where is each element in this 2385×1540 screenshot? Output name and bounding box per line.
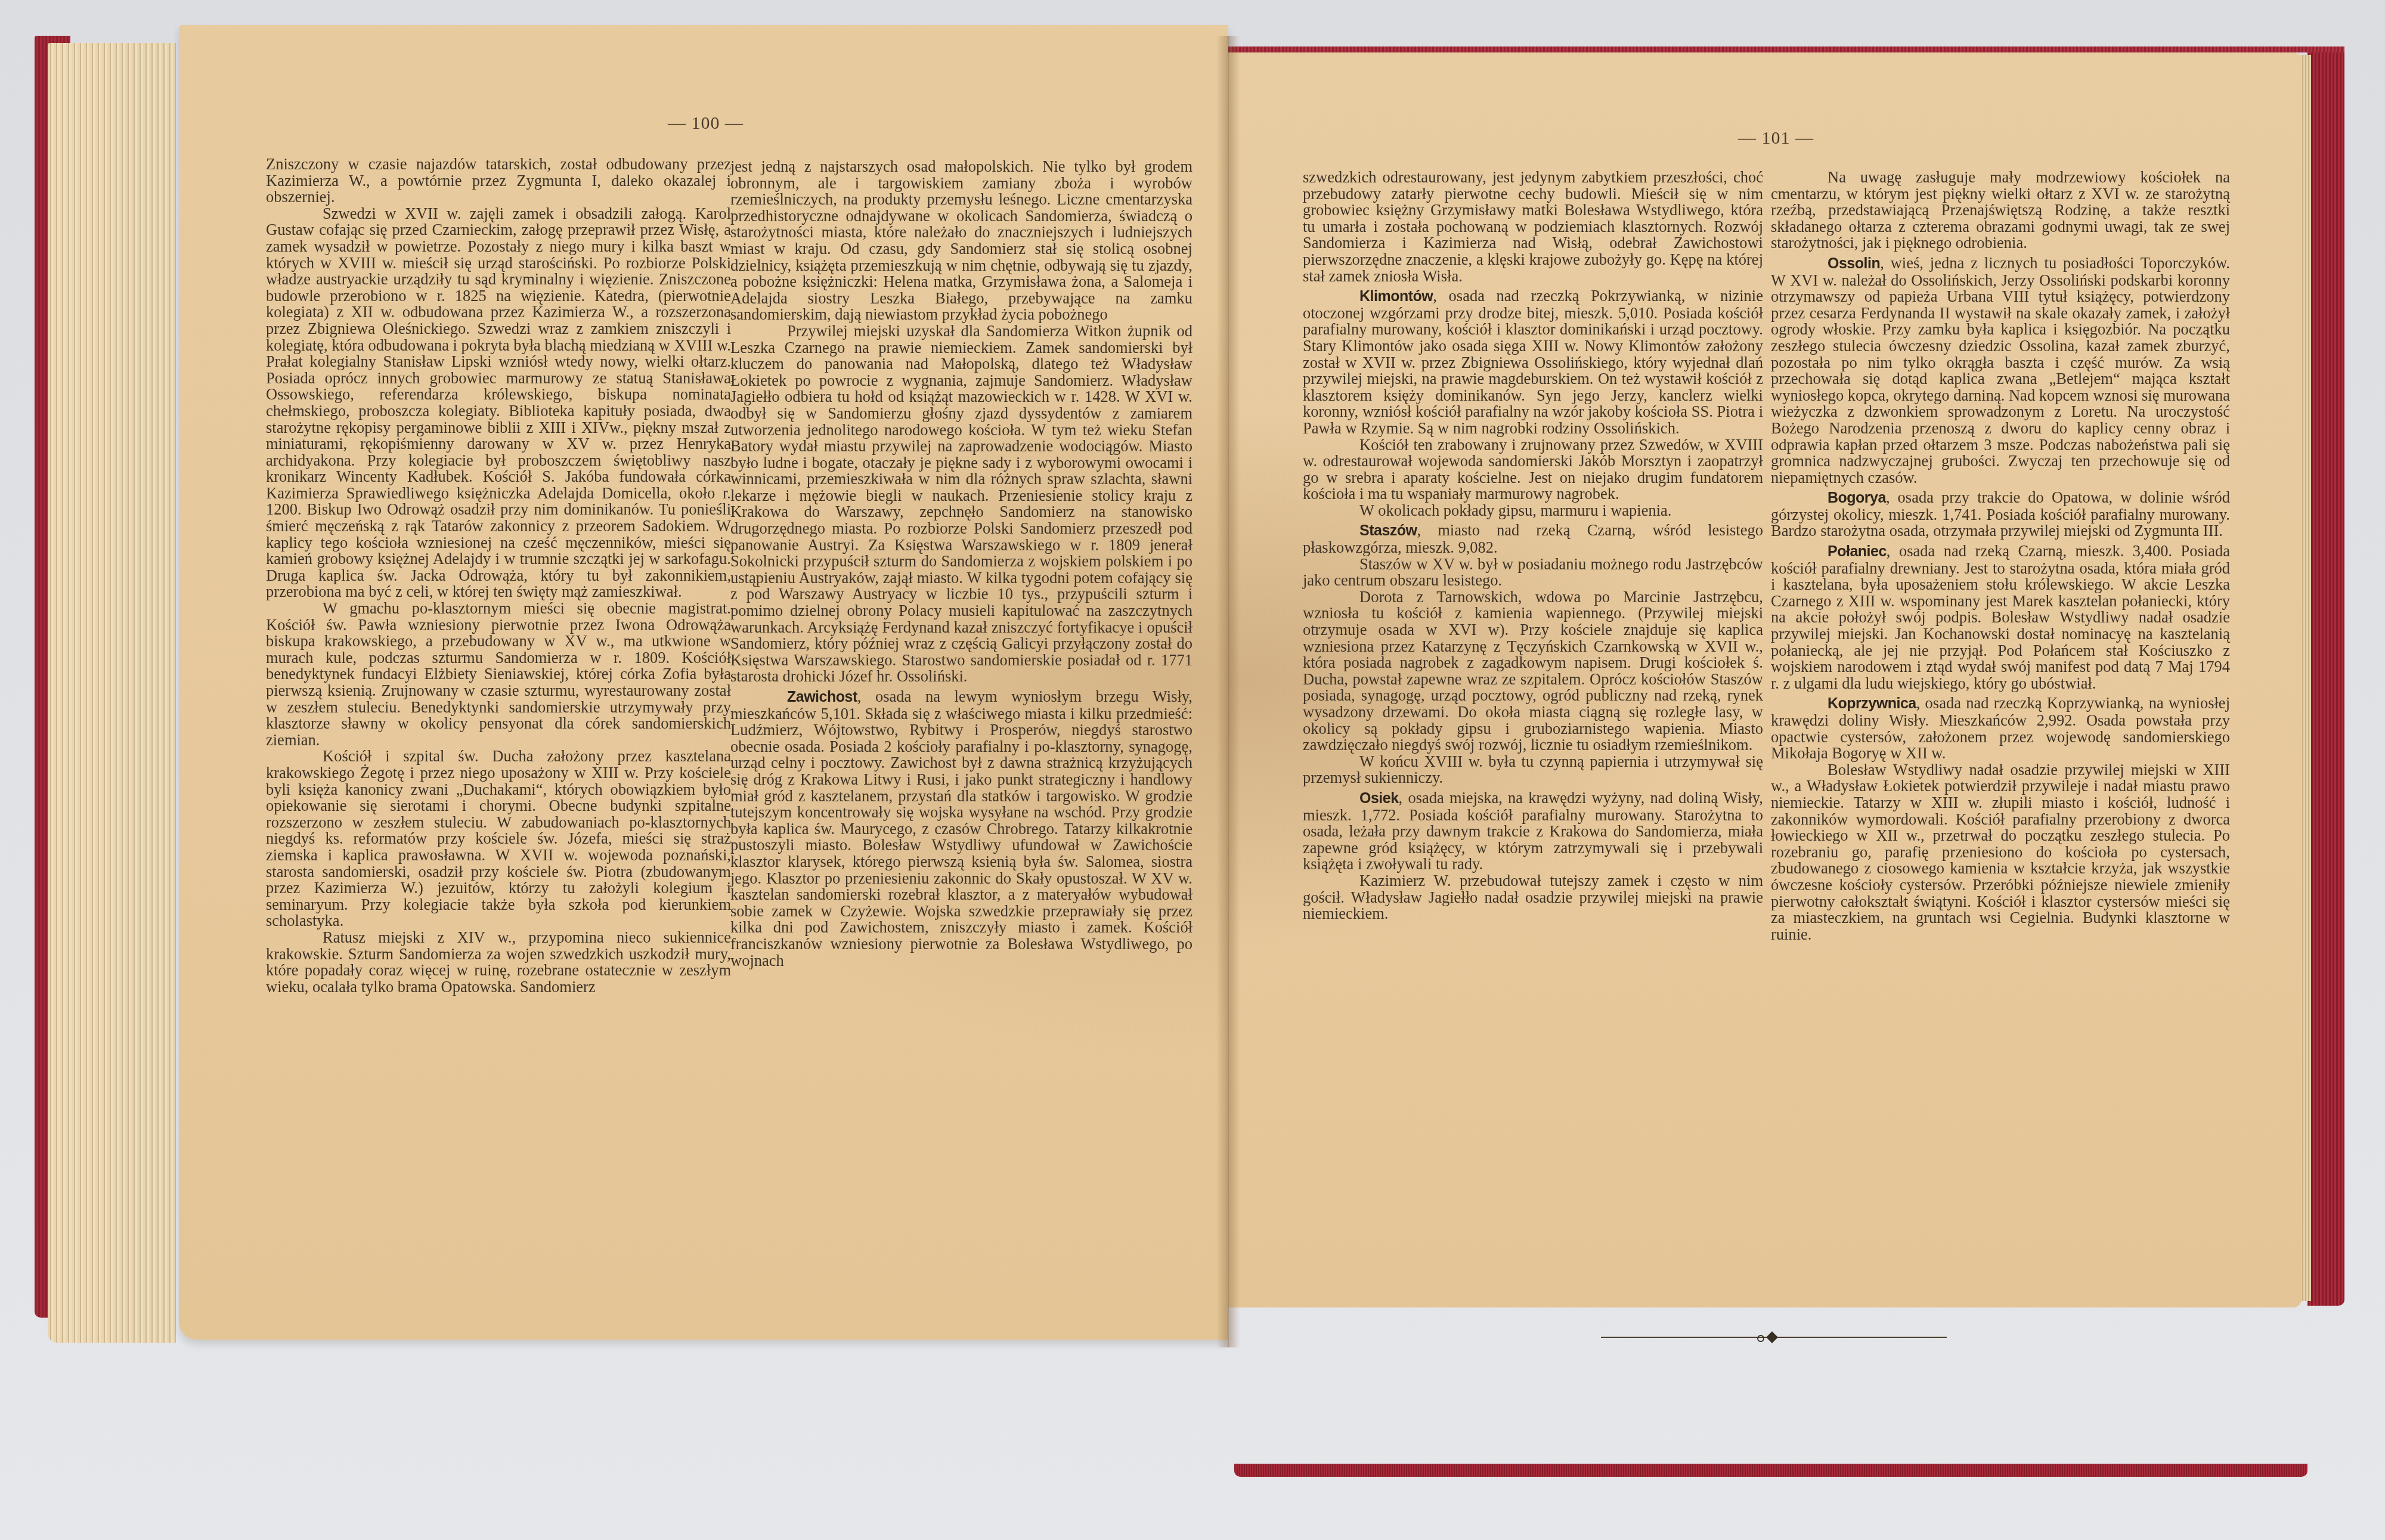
paragraph: Kościół ten zrabowany i zrujnowany przez… — [1303, 437, 1763, 503]
paragraph-text: Ratusz miejski z XIV w., przypomina niec… — [266, 928, 731, 996]
paragraph: Szwedzi w XVII w. zajęli zamek i obsadzi… — [266, 206, 731, 600]
paragraph-text: szwedzkich odrestaurowany, jest jedynym … — [1303, 168, 1763, 285]
gazetteer-entry: Bogorya, osada przy trakcie do Opatowa, … — [1771, 489, 2230, 540]
paragraph-text: Zniszczony w czasie najazdów tatarskich,… — [266, 155, 731, 206]
paragraph: Bolesław Wstydliwy nadał osadzie przywil… — [1771, 762, 2230, 943]
open-book: — 100 — — 101 — Zniszczony w czasie naja… — [0, 0, 2385, 1540]
page-number-right: — 101 — — [1738, 128, 1814, 148]
paragraph: Kazimierz W. przebudował tutejszy zamek … — [1303, 873, 1763, 922]
paragraph: W końcu XVIII w. była tu czynną papierni… — [1303, 754, 1763, 786]
paragraph: Kościół i szpital św. Ducha założony prz… — [266, 748, 731, 929]
text-column: szwedzkich odrestaurowany, jest jedynym … — [1303, 169, 1763, 922]
gazetteer-entry: Ossolin, wieś, jedna z licznych tu posia… — [1771, 255, 2230, 486]
entry-headword: Koprzywnica — [1828, 695, 1916, 712]
paragraph: Dorota z Tarnowskich, wdowa po Marcinie … — [1303, 589, 1763, 754]
book-cover-edge-right — [2307, 48, 2344, 1306]
entry-headword: Połaniec — [1828, 543, 1887, 560]
paragraph-text: Bolesław Wstydliwy nadał osadzie przywil… — [1771, 761, 2230, 943]
page-stack-left — [48, 43, 176, 1343]
gazetteer-entry: Staszów, miasto nad rzeką Czarną, wśród … — [1303, 522, 1763, 556]
paragraph: Ratusz miejski z XIV w., przypomina niec… — [266, 929, 731, 995]
paragraph: jest jedną z najstarszych osad małopolsk… — [730, 159, 1192, 323]
book-gutter — [1216, 36, 1240, 1347]
end-ornament-rule — [1601, 1333, 1947, 1341]
entry-headword: Klimontów — [1359, 288, 1433, 305]
paragraph-text: Kościół ten zrabowany i zrujnowany przez… — [1303, 436, 1763, 503]
paragraph-text: jest jedną z najstarszych osad małopolsk… — [730, 157, 1192, 323]
paragraph-text: W końcu XVIII w. była tu czynną papierni… — [1303, 752, 1763, 787]
paragraph: Przywilej miejski uzyskał dla Sandomierz… — [730, 323, 1192, 685]
entry-headword: Bogorya — [1828, 489, 1886, 506]
page-stack-right — [2300, 55, 2311, 1301]
paragraph: W gmachu po-klasztornym mieści się obecn… — [266, 600, 731, 748]
paragraph: Na uwagę zasługuje mały modrzewiowy kośc… — [1771, 169, 2230, 252]
paragraph-text: W okolicach pokłady gipsu, marmuru i wap… — [1359, 501, 1672, 519]
entry-headword: Ossolin — [1828, 255, 1880, 272]
entry-headword: Zawichost — [787, 689, 857, 705]
entry-headword: Staszów — [1359, 522, 1417, 539]
paragraph-text: Staszów w XV w. był w posiadaniu możnego… — [1303, 555, 1763, 590]
page-number-left: — 100 — — [668, 113, 744, 134]
paragraph: Staszów w XV w. był w posiadaniu możnego… — [1303, 556, 1763, 589]
paragraph-text: Szwedzi w XVII w. zajęli zamek i obsadzi… — [266, 204, 731, 601]
paragraph: Zniszczony w czasie najazdów tatarskich,… — [266, 156, 731, 206]
gazetteer-entry: Zawichost, osada na lewym wyniosłym brze… — [730, 689, 1192, 969]
paragraph-text: W gmachu po-klasztornym mieści się obecn… — [266, 599, 731, 749]
paragraph-text: Dorota z Tarnowskich, wdowa po Marcinie … — [1303, 588, 1763, 754]
text-column: Na uwagę zasługuje mały modrzewiowy kośc… — [1771, 169, 2230, 943]
paragraph-text: , osada nad rzeką Czarną, mieszk. 3,400.… — [1771, 542, 2230, 692]
entry-headword: Osiek — [1359, 790, 1399, 807]
gazetteer-entry: Osiek, osada miejska, na krawędzi wyżyny… — [1303, 790, 1763, 873]
paragraph-text: Kościół i szpital św. Ducha założony prz… — [266, 747, 731, 929]
paragraph: W okolicach pokłady gipsu, marmuru i wap… — [1303, 503, 1763, 519]
ornament-diamond-icon — [1766, 1331, 1778, 1343]
book-cover-bottom-edge — [1234, 1464, 2307, 1477]
paragraph-text: Kazimierz W. przebudował tutejszy zamek … — [1303, 872, 1763, 922]
gazetteer-entry: Połaniec, osada nad rzeką Czarną, mieszk… — [1771, 543, 2230, 692]
paragraph-text: , osada nad rzeczką Pokrzywianką, w nizi… — [1303, 287, 1763, 437]
paragraph-text: , osada na lewym wyniosłym brzegu Wisły,… — [730, 687, 1192, 969]
gazetteer-entry: Koprzywnica, osada nad rzeczką Koprzywia… — [1771, 695, 2230, 761]
gazetteer-entry: Klimontów, osada nad rzeczką Pokrzywiank… — [1303, 288, 1763, 436]
text-column: jest jedną z najstarszych osad małopolsk… — [730, 159, 1192, 969]
paragraph: szwedzkich odrestaurowany, jest jedynym … — [1303, 169, 1763, 284]
paragraph-text: , wieś, jedna z licznych tu posiadłości … — [1771, 254, 2230, 487]
ornament-flourish-icon — [1757, 1335, 1764, 1342]
paragraph-text: Przywilej miejski uzyskał dla Sandomierz… — [730, 322, 1192, 685]
text-column: Zniszczony w czasie najazdów tatarskich,… — [266, 156, 731, 995]
book-cover-top-edge — [1228, 47, 2344, 52]
paragraph-text: Na uwagę zasługuje mały modrzewiowy kośc… — [1771, 168, 2230, 252]
